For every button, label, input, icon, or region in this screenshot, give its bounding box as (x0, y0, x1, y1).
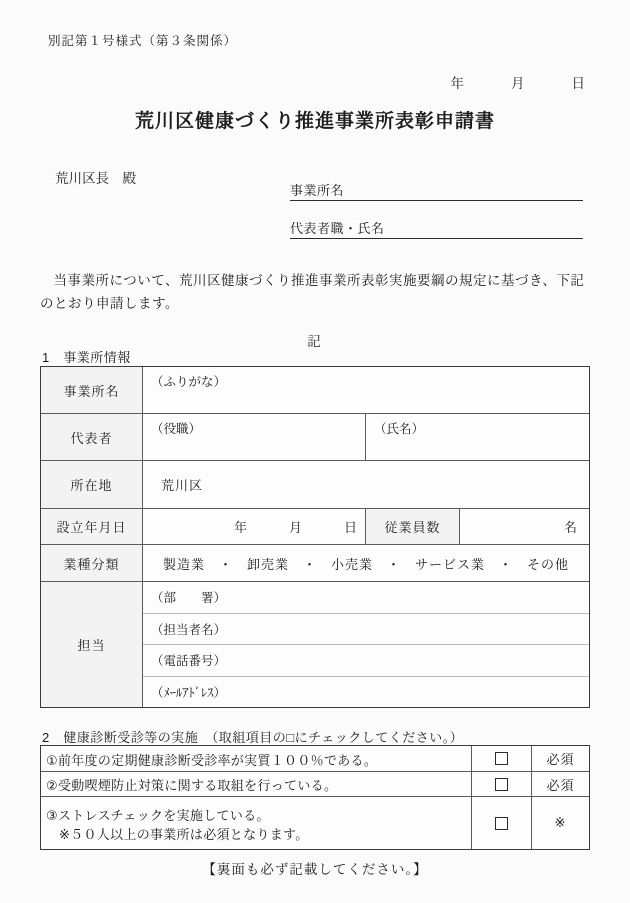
contact-row: 担当 （部 署） （担当者名） （電話番号） （ﾒｰﾙｱﾄﾞﾚｽ） (41, 581, 589, 707)
check-item-checkbox-cell (471, 797, 531, 849)
representative-position-cell: （役職） (143, 414, 366, 460)
section2-heading: 2 健康診断受診等の実施 （取組項目の□にチェックしてください。） (42, 727, 463, 746)
industry-options-cell: 製造業 ・ 卸売業 ・ 小売業 ・ サービス業 ・ その他 (143, 545, 589, 581)
address-value-cell: 荒川区 (143, 461, 589, 508)
employees-header: 従業員数 (366, 509, 460, 544)
contact-person-field: （担当者名） (143, 613, 589, 645)
check-item-text: ③ストレスチェックを実施している。 ※５０人以上の事業所は必須となります。 (41, 797, 471, 849)
representative-row: 代表者 （役職） （氏名） (41, 413, 589, 460)
check-item-note: ※５０人以上の事業所は必須となります。 (46, 824, 467, 843)
check-item-text-line1: ③ストレスチェックを実施している。 (46, 805, 467, 824)
check-item-checkbox-cell (471, 746, 531, 771)
form-code: 別記第１号様式（第３条関係） (48, 31, 237, 49)
establishment-header: 設立年月日 (41, 509, 143, 544)
contact-phone-field: （電話番号） (143, 644, 589, 676)
furigana-label: （ふりがな） (151, 375, 226, 389)
section1-heading: 1 事業所情報 (42, 347, 131, 366)
date-year-label: 年 (451, 72, 465, 92)
business-name-header: 事業所名 (41, 367, 143, 413)
checkbox-icon[interactable] (495, 752, 508, 765)
establishment-date-cell: 年 月 日 (143, 509, 366, 544)
body-paragraph: 当事業所について、荒川区健康づくり推進事業所表彰実施要綱の規定に基づき、下記のと… (40, 270, 596, 315)
checkbox-icon[interactable] (495, 778, 508, 791)
check-item-row: ②受動喫煙防止対策に関する取組を行っている。 必須 (41, 771, 589, 796)
representative-line: 代表者職・氏名 (290, 221, 583, 239)
contact-department-field: （部 署） (143, 582, 589, 613)
industry-header: 業種分類 (41, 545, 143, 581)
addressee: 荒川区長 殿 (55, 167, 136, 187)
checkbox-icon[interactable] (495, 817, 508, 830)
representative-label: 代表者職・氏名 (290, 218, 385, 237)
name-label: （氏名） (374, 422, 424, 436)
business-info-table: 事業所名 （ふりがな） 代表者 （役職） （氏名） 所在地 荒川区 設立年月日 … (40, 366, 590, 708)
employees-value-cell: 名 (460, 509, 589, 544)
industry-row: 業種分類 製造業 ・ 卸売業 ・ 小売業 ・ サービス業 ・ その他 (41, 544, 589, 581)
business-name-input-cell: （ふりがな） (143, 367, 589, 413)
contact-fields-cell: （部 署） （担当者名） （電話番号） （ﾒｰﾙｱﾄﾞﾚｽ） (143, 582, 589, 707)
employees-unit-label: 名 (564, 517, 577, 536)
establishment-day-label: 日 (344, 517, 357, 536)
representative-header: 代表者 (41, 414, 143, 460)
check-item-requirement: 必須 (531, 746, 589, 771)
check-item-text: ②受動喫煙防止対策に関する取組を行っている。 (41, 772, 471, 796)
date-month-label: 月 (511, 72, 525, 92)
date-line: 年 月 日 (451, 72, 586, 92)
form-title: 荒川区健康づくり推進事業所表彰申請書 (0, 106, 630, 133)
footer-note: 【裏面も必ず記載してください。】 (0, 858, 630, 878)
check-item-text: ①前年度の定期健康診断受診率が実質１００％である。 (41, 746, 471, 771)
address-row: 所在地 荒川区 (41, 460, 589, 508)
check-item-row: ③ストレスチェックを実施している。 ※５０人以上の事業所は必須となります。 ※ (41, 796, 589, 849)
business-name-line: 事業所名 (290, 183, 583, 201)
representative-name-cell: （氏名） (366, 414, 589, 460)
establishment-year-label: 年 (234, 517, 247, 536)
position-label: （役職） (151, 422, 201, 436)
address-header: 所在地 (41, 461, 143, 508)
business-name-label: 事業所名 (290, 180, 344, 199)
health-check-table: ①前年度の定期健康診断受診率が実質１００％である。 必須 ②受動喫煙防止対策に関… (40, 745, 590, 850)
establishment-row: 設立年月日 年 月 日 従業員数 名 (41, 508, 589, 544)
check-item-requirement: ※ (531, 797, 589, 849)
date-day-label: 日 (572, 72, 586, 92)
application-form-page: 別記第１号様式（第３条関係） 年 月 日 荒川区健康づくり推進事業所表彰申請書 … (0, 0, 630, 903)
business-name-row: 事業所名 （ふりがな） (41, 367, 589, 413)
check-item-row: ①前年度の定期健康診断受診率が実質１００％である。 必須 (41, 746, 589, 771)
check-item-checkbox-cell (471, 772, 531, 796)
establishment-month-label: 月 (289, 517, 302, 536)
check-item-requirement: 必須 (531, 772, 589, 796)
contact-email-field: （ﾒｰﾙｱﾄﾞﾚｽ） (143, 676, 589, 708)
contact-header: 担当 (41, 582, 143, 707)
